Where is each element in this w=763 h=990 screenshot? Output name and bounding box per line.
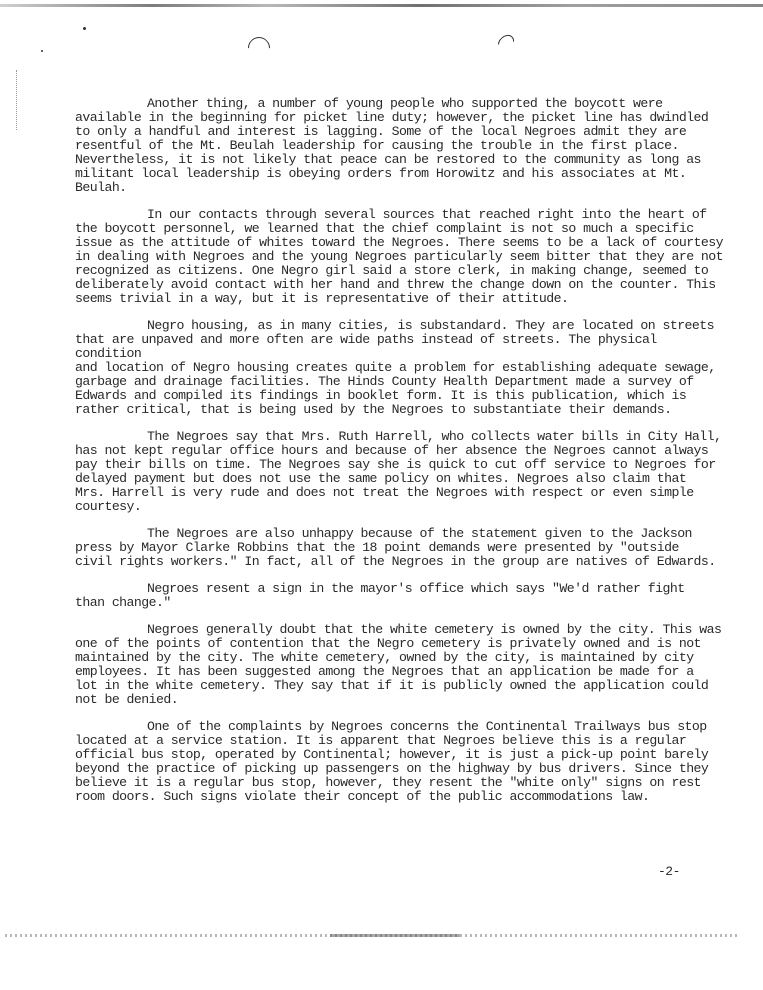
page-number: -2- (658, 864, 680, 879)
paragraph-picket-line: Another thing, a number of young people … (75, 97, 725, 195)
punch-hole-mark (243, 32, 274, 63)
document-page: Another thing, a number of young people … (75, 97, 725, 817)
paragraph-mayor-statement: The Negroes are also unhappy because of … (75, 527, 725, 569)
scan-edge-top (0, 4, 763, 7)
punch-hole-mark (495, 32, 518, 55)
paragraph-attitude-of-whites: In our contacts through several sources … (75, 208, 725, 306)
scan-margin-mark (16, 70, 18, 130)
paragraph-water-bills: The Negroes say that Mrs. Ruth Harrell, … (75, 430, 725, 514)
scan-speck (41, 50, 43, 52)
paragraph-housing: Negro housing, as in many cities, is sub… (75, 319, 725, 417)
paragraph-cemetery: Negroes generally doubt that the white c… (75, 623, 725, 707)
scan-speck (83, 27, 86, 30)
paragraph-mayor-sign: Negroes resent a sign in the mayor's off… (75, 582, 725, 610)
scan-edge-bottom-dark (330, 934, 460, 937)
paragraph-bus-stop: One of the complaints by Negroes concern… (75, 720, 725, 804)
